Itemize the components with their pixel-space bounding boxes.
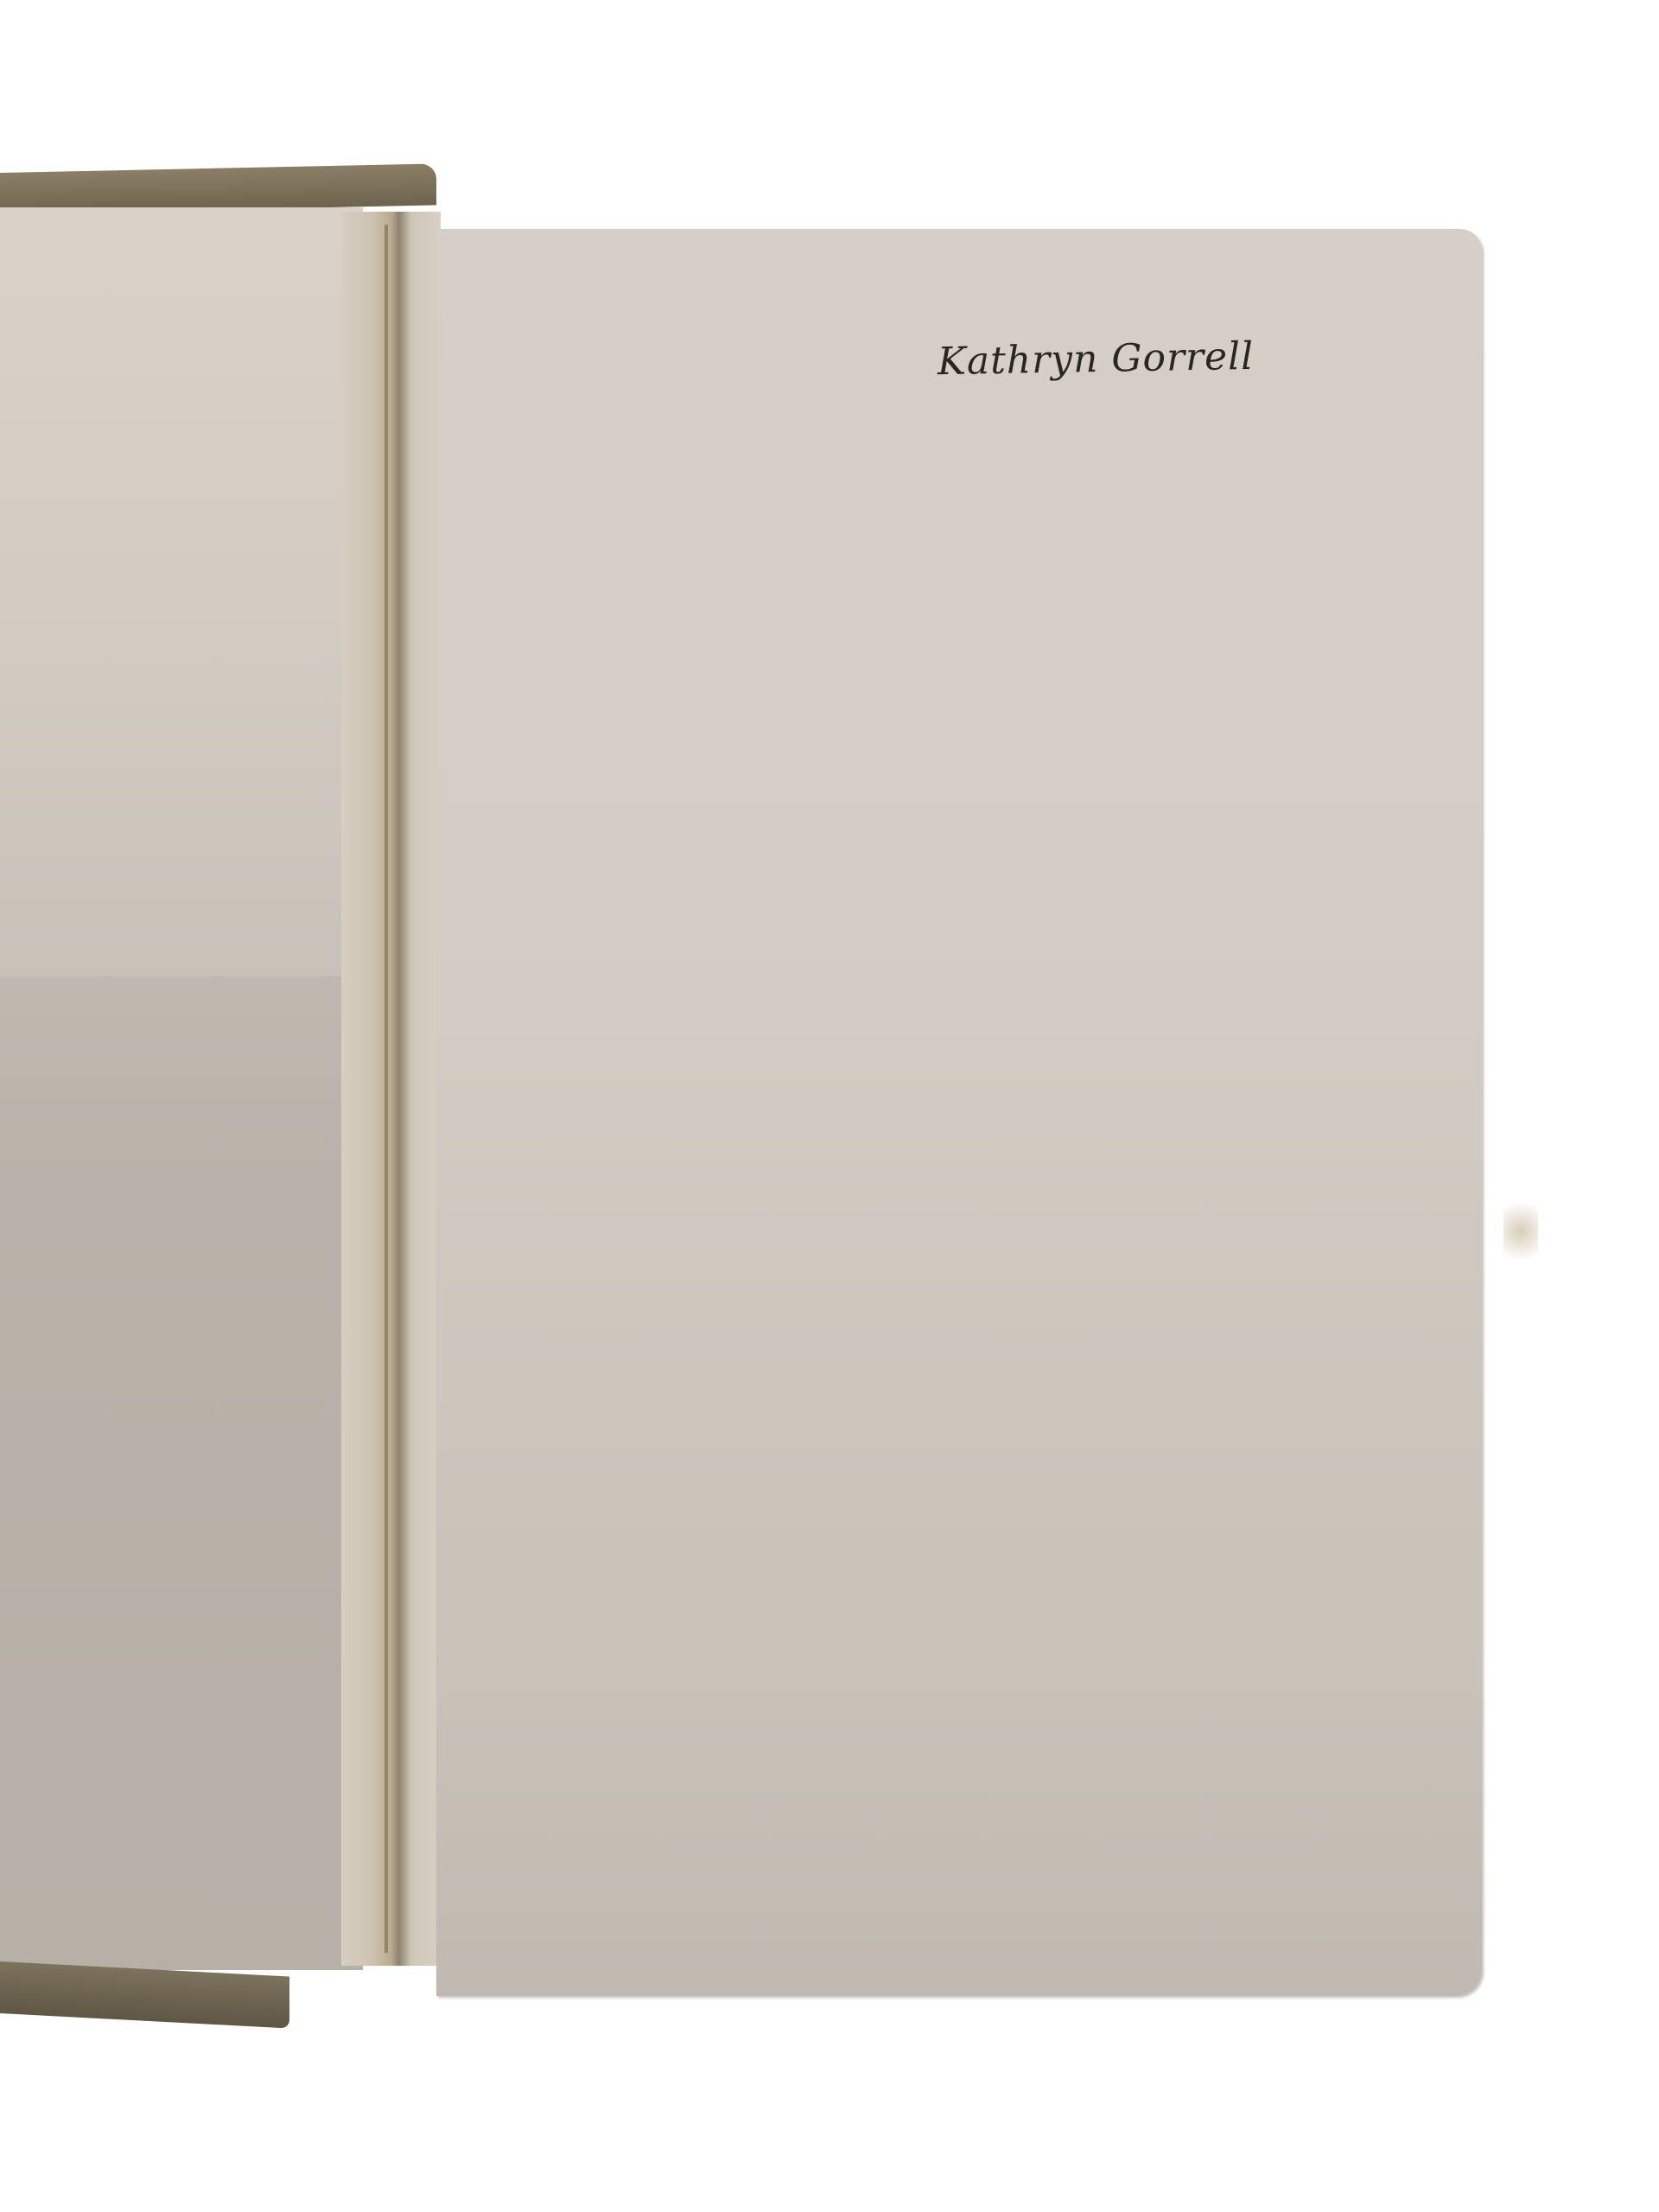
- signature: Kathryn Gorrell: [938, 334, 1255, 384]
- book-hinge: [341, 212, 441, 1966]
- left-page-shadow: [0, 976, 363, 1970]
- foxing-stain: [1503, 1192, 1538, 1270]
- book-photo: Kathryn Gorrell: [0, 0, 1659, 2212]
- cover-cloth-bottom-edge: [0, 1961, 289, 2029]
- right-page-shadow: [436, 1642, 1482, 1996]
- hinge-gutter-line: [385, 225, 388, 1953]
